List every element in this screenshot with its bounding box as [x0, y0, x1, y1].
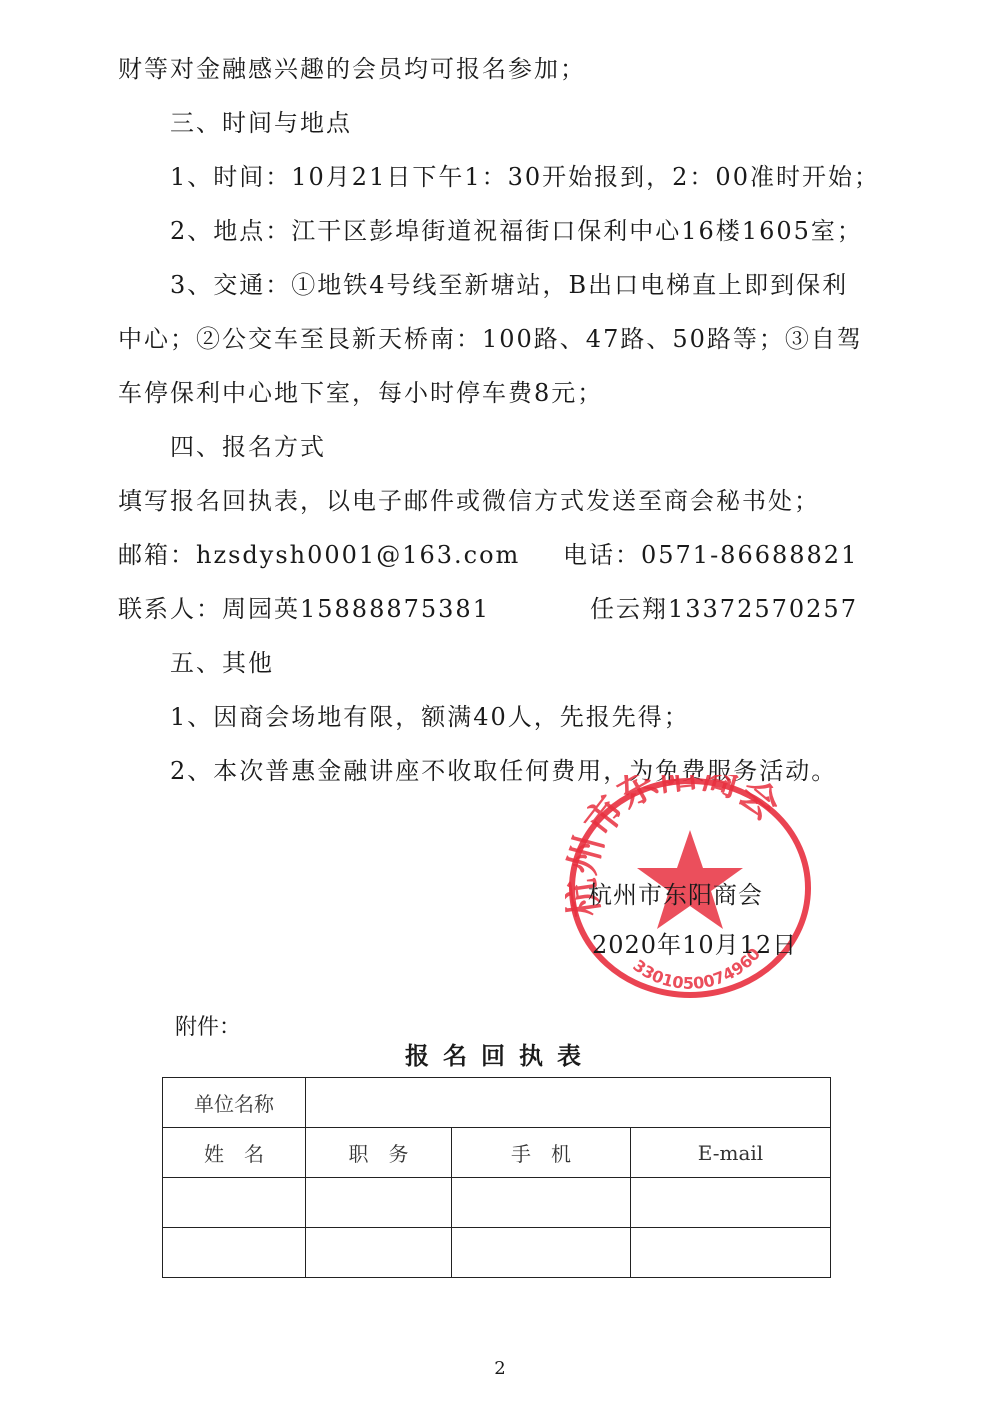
cell-position[interactable] [306, 1228, 452, 1278]
contact-phone: 电话：0571-86688821 [563, 540, 858, 570]
cell-mobile[interactable] [452, 1178, 631, 1228]
body-line-transport-1: 3、交通：①地铁4号线至新塘站，B出口电梯直上即到保利 [170, 270, 848, 300]
section-heading-other: 五、其他 [170, 648, 274, 678]
signature-org: 杭州市东阳商会 [588, 880, 763, 910]
body-line-location: 2、地点：江干区彭埠街道祝福街口保利中心16楼1605室； [170, 216, 863, 246]
contact-person-1: 联系人：周园英15888875381 [118, 594, 490, 624]
cell-email[interactable] [631, 1228, 831, 1278]
contact-email: 邮箱：hzsdysh0001@163.com [118, 540, 520, 570]
section-heading-registration: 四、报名方式 [170, 432, 326, 462]
cell-name[interactable] [163, 1228, 306, 1278]
signature-date: 2020年10月12日 [592, 930, 797, 960]
form-title: 报名回执表 [0, 1036, 1000, 1071]
table-row [163, 1228, 831, 1278]
body-line-registration: 填写报名回执表，以电子邮件或微信方式发送至商会秘书处； [118, 486, 820, 516]
table-row [163, 1178, 831, 1228]
cell-position[interactable] [306, 1178, 452, 1228]
header-name: 姓 名 [163, 1128, 306, 1178]
cell-name[interactable] [163, 1178, 306, 1228]
contact-person-2: 任云翔13372570257 [590, 594, 858, 624]
header-email: E-mail [631, 1128, 831, 1178]
body-line-transport-3: 车停保利中心地下室，每小时停车费8元； [118, 378, 603, 408]
body-line-eligibility: 财等对金融感兴趣的会员均可报名参加； [118, 54, 586, 84]
other-item-capacity: 1、因商会场地有限，额满40人，先报先得； [170, 702, 690, 732]
org-name-label: 单位名称 [163, 1078, 306, 1128]
body-line-transport-2: 中心；②公交车至艮新天桥南：100路、47路、50路等；③自驾 [118, 324, 863, 354]
body-line-time: 1、时间：10月21日下午1：30开始报到，2：00准时开始； [170, 162, 880, 192]
section-heading-time-place: 三、时间与地点 [170, 108, 352, 138]
cell-email[interactable] [631, 1178, 831, 1228]
cell-mobile[interactable] [452, 1228, 631, 1278]
header-position: 职 务 [306, 1128, 452, 1178]
other-item-free: 2、本次普惠金融讲座不收取任何费用，为免费服务活动。 [170, 756, 837, 786]
table-row-org: 单位名称 [163, 1078, 831, 1128]
org-name-field[interactable] [306, 1078, 831, 1128]
table-header-row: 姓 名 职 务 手 机 E-mail [163, 1128, 831, 1178]
header-mobile: 手 机 [452, 1128, 631, 1178]
registration-form-table: 单位名称 姓 名 职 务 手 机 E-mail [162, 1077, 831, 1278]
page-number: 2 [0, 1358, 1000, 1379]
